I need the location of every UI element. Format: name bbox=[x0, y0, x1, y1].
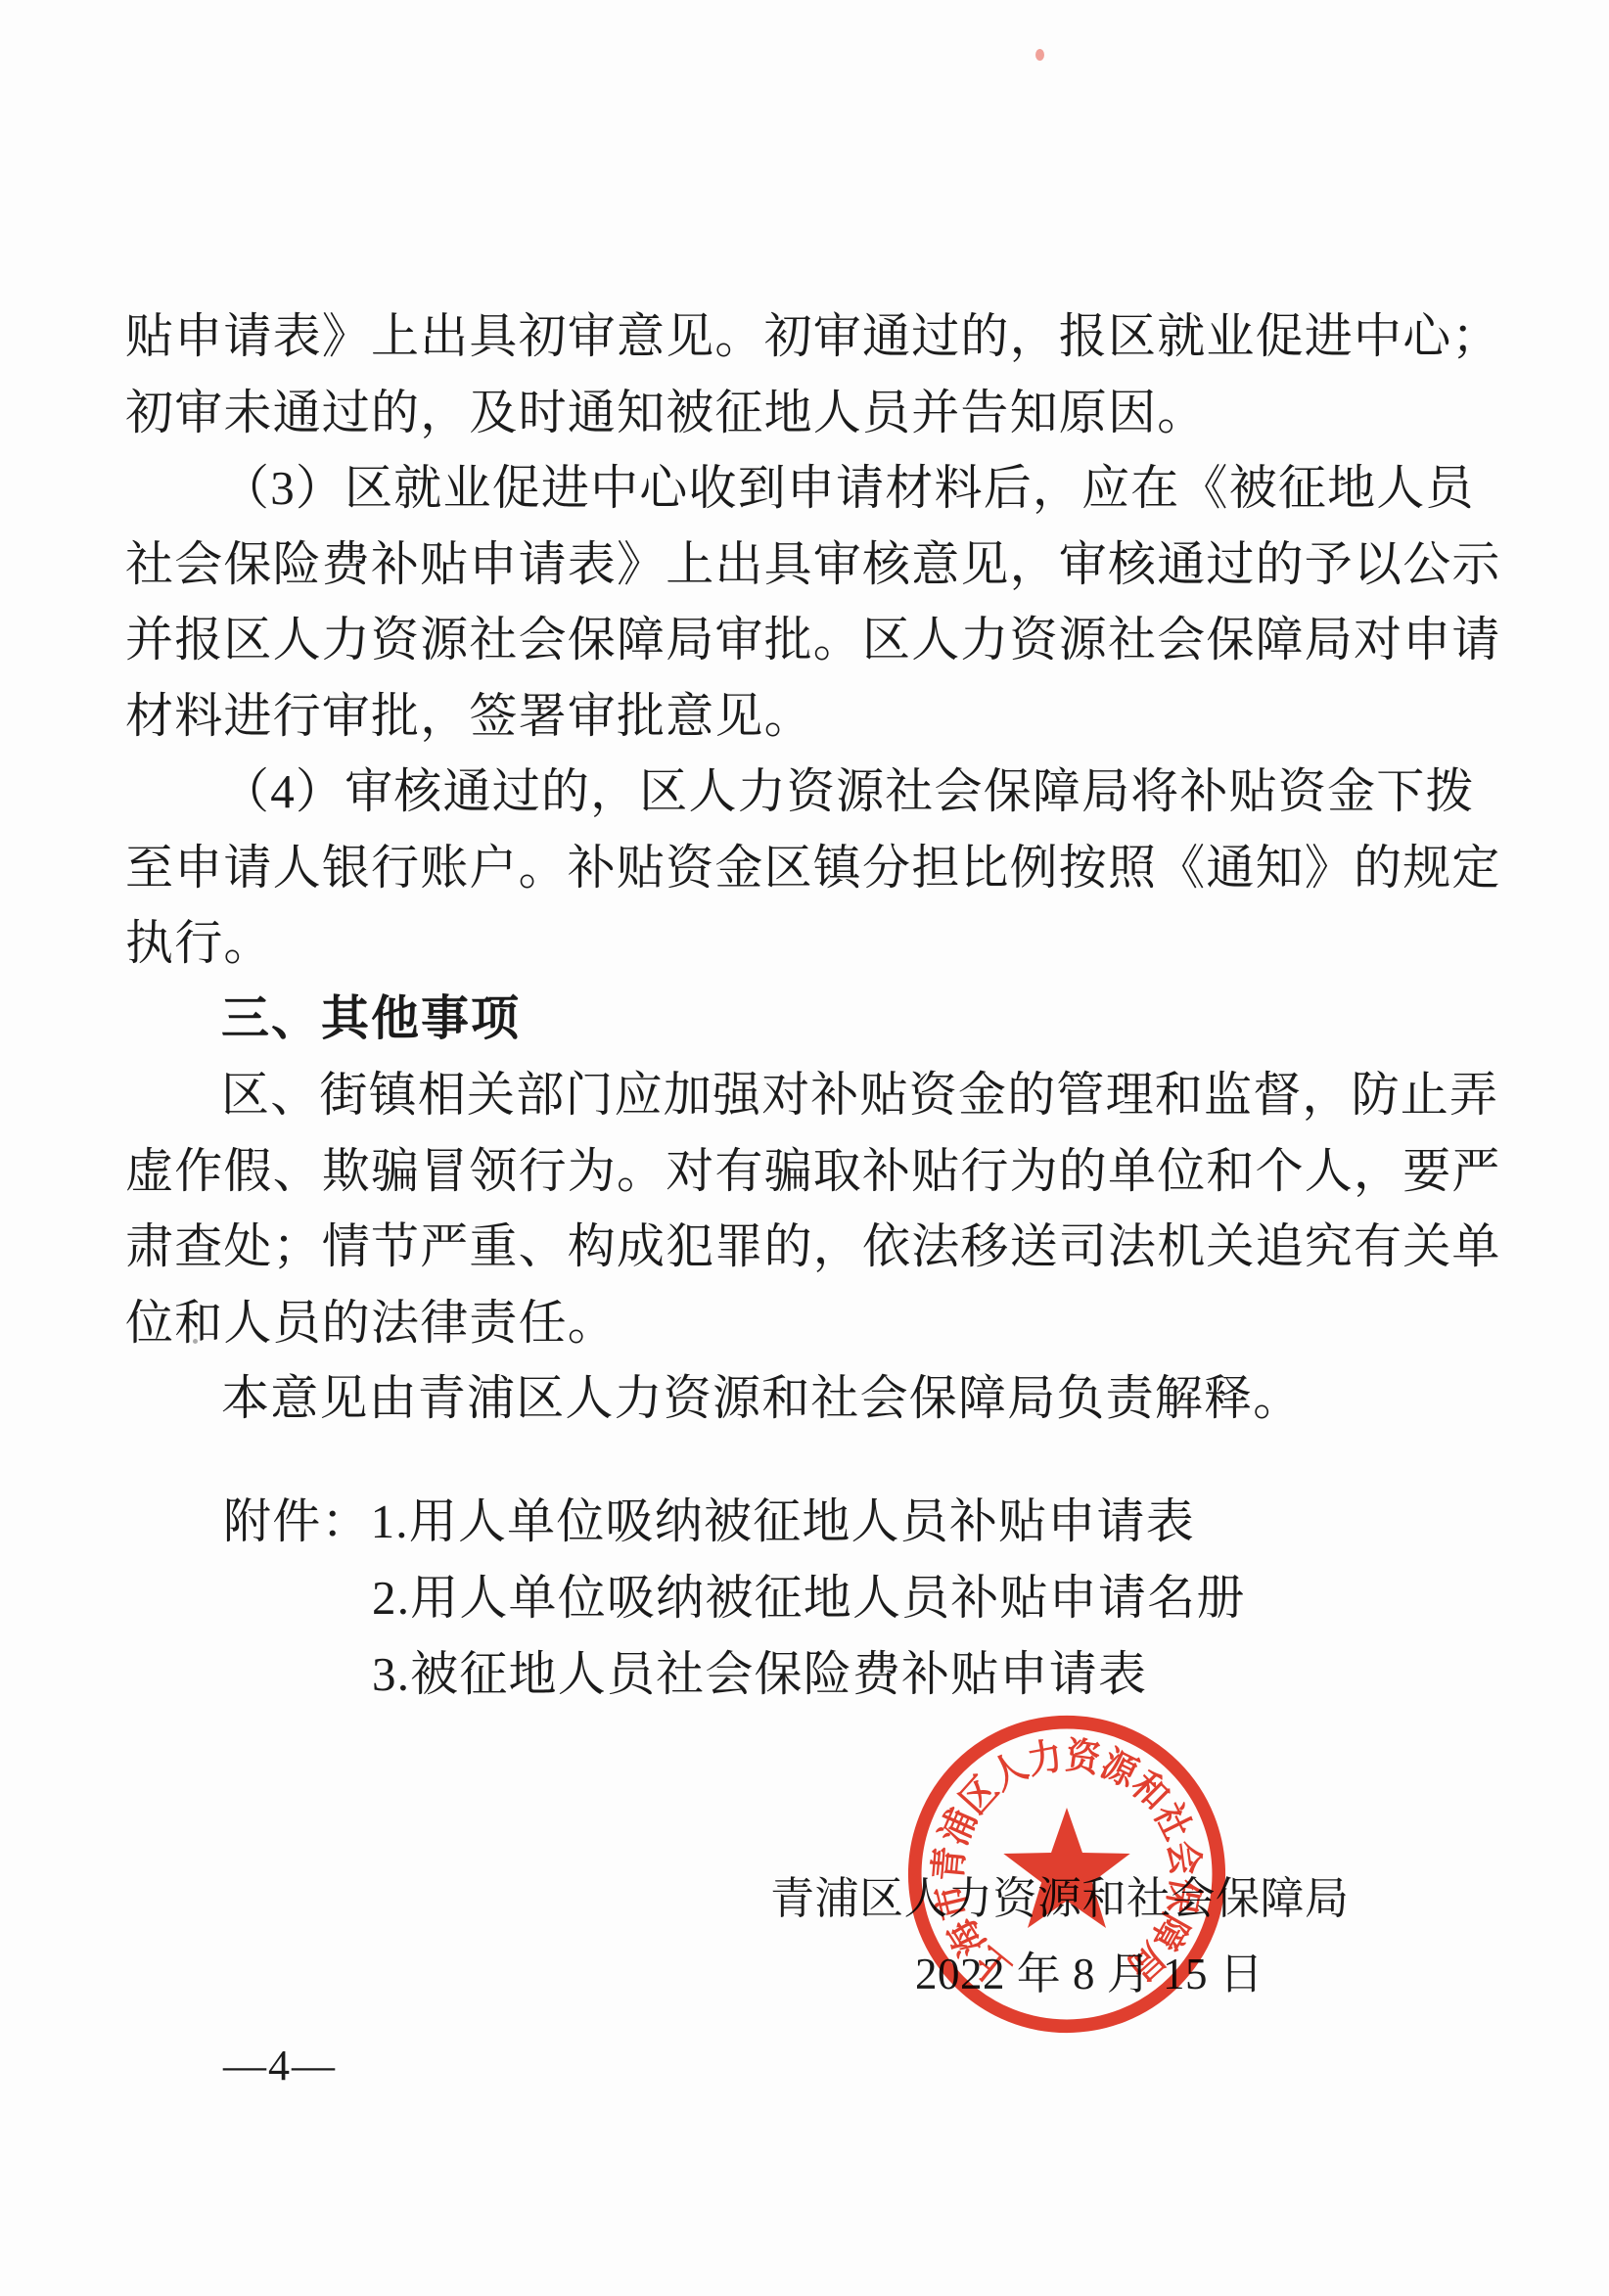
body-line: 至申请人银行账户。补贴资金区镇分担比例按照《通知》的规定 bbox=[125, 830, 1497, 906]
body-line: 区、街镇相关部门应加强对补贴资金的管理和监督，防止弄 bbox=[125, 1057, 1497, 1133]
body-line: 材料进行审批，签署审批意见。 bbox=[125, 678, 1497, 755]
body-line: 贴申请表》上出具初审意见。初审通过的，报区就业促进中心； bbox=[125, 298, 1497, 375]
document-page: 贴申请表》上出具初审意见。初审通过的，报区就业促进中心；初审未通过的，及时通知被… bbox=[0, 0, 1609, 2296]
body-line: 执行。 bbox=[125, 905, 1497, 982]
attachment-item-1: 1.用人单位吸纳被征地人员补贴申请表 bbox=[371, 1494, 1195, 1548]
body-line: 位和人员的法律责任。 bbox=[125, 1285, 1497, 1361]
body-line: 初审未通过的，及时通知被征地人员并告知原因。 bbox=[125, 375, 1497, 451]
body-line: （3）区就业促进中心收到申请材料后，应在《被征地人员 bbox=[125, 450, 1497, 527]
body-line: 本意见由青浦区人力资源和社会保障局负责解释。 bbox=[125, 1360, 1497, 1437]
attachment-list: 附件：1.用人单位吸纳被征地人员补贴申请表 2.用人单位吸纳被征地人员补贴申请名… bbox=[125, 1484, 1246, 1713]
attachments-label: 附件： bbox=[223, 1494, 371, 1548]
body-line: （4）审核通过的，区人力资源社会保障局将补贴资金下拨 bbox=[125, 754, 1497, 830]
body-text: 贴申请表》上出具初审意见。初审通过的，报区就业促进中心；初审未通过的，及时通知被… bbox=[125, 298, 1497, 1437]
attachment-item-3: 3.被征地人员社会保险费补贴申请表 bbox=[372, 1636, 1246, 1713]
body-line: 三、其他事项 bbox=[125, 982, 1497, 1058]
official-seal: 上海市青浦区人力资源和社会保障局 bbox=[900, 1708, 1233, 2041]
gray-dust-speck bbox=[193, 1339, 198, 1344]
page-number: —4— bbox=[223, 2041, 337, 2090]
star-icon bbox=[1003, 1808, 1129, 1928]
body-line: 虚作假、欺骗冒领行为。对有骗取补贴行为的单位和个人，要严 bbox=[125, 1133, 1497, 1210]
body-line: 肃查处；情节严重、构成犯罪的，依法移送司法机关追究有关单 bbox=[125, 1209, 1497, 1285]
body-line: 社会保险费补贴申请表》上出具审核意见，审核通过的予以公示 bbox=[125, 527, 1497, 603]
red-ink-speck bbox=[1035, 49, 1044, 61]
seal-graphic: 上海市青浦区人力资源和社会保障局 bbox=[900, 1708, 1233, 2041]
attachment-line-1: 附件：1.用人单位吸纳被征地人员补贴申请表 bbox=[223, 1484, 1246, 1560]
body-line: 并报区人力资源社会保障局审批。区人力资源社会保障局对申请 bbox=[125, 602, 1497, 678]
attachment-item-2: 2.用人单位吸纳被征地人员补贴申请名册 bbox=[372, 1560, 1246, 1636]
